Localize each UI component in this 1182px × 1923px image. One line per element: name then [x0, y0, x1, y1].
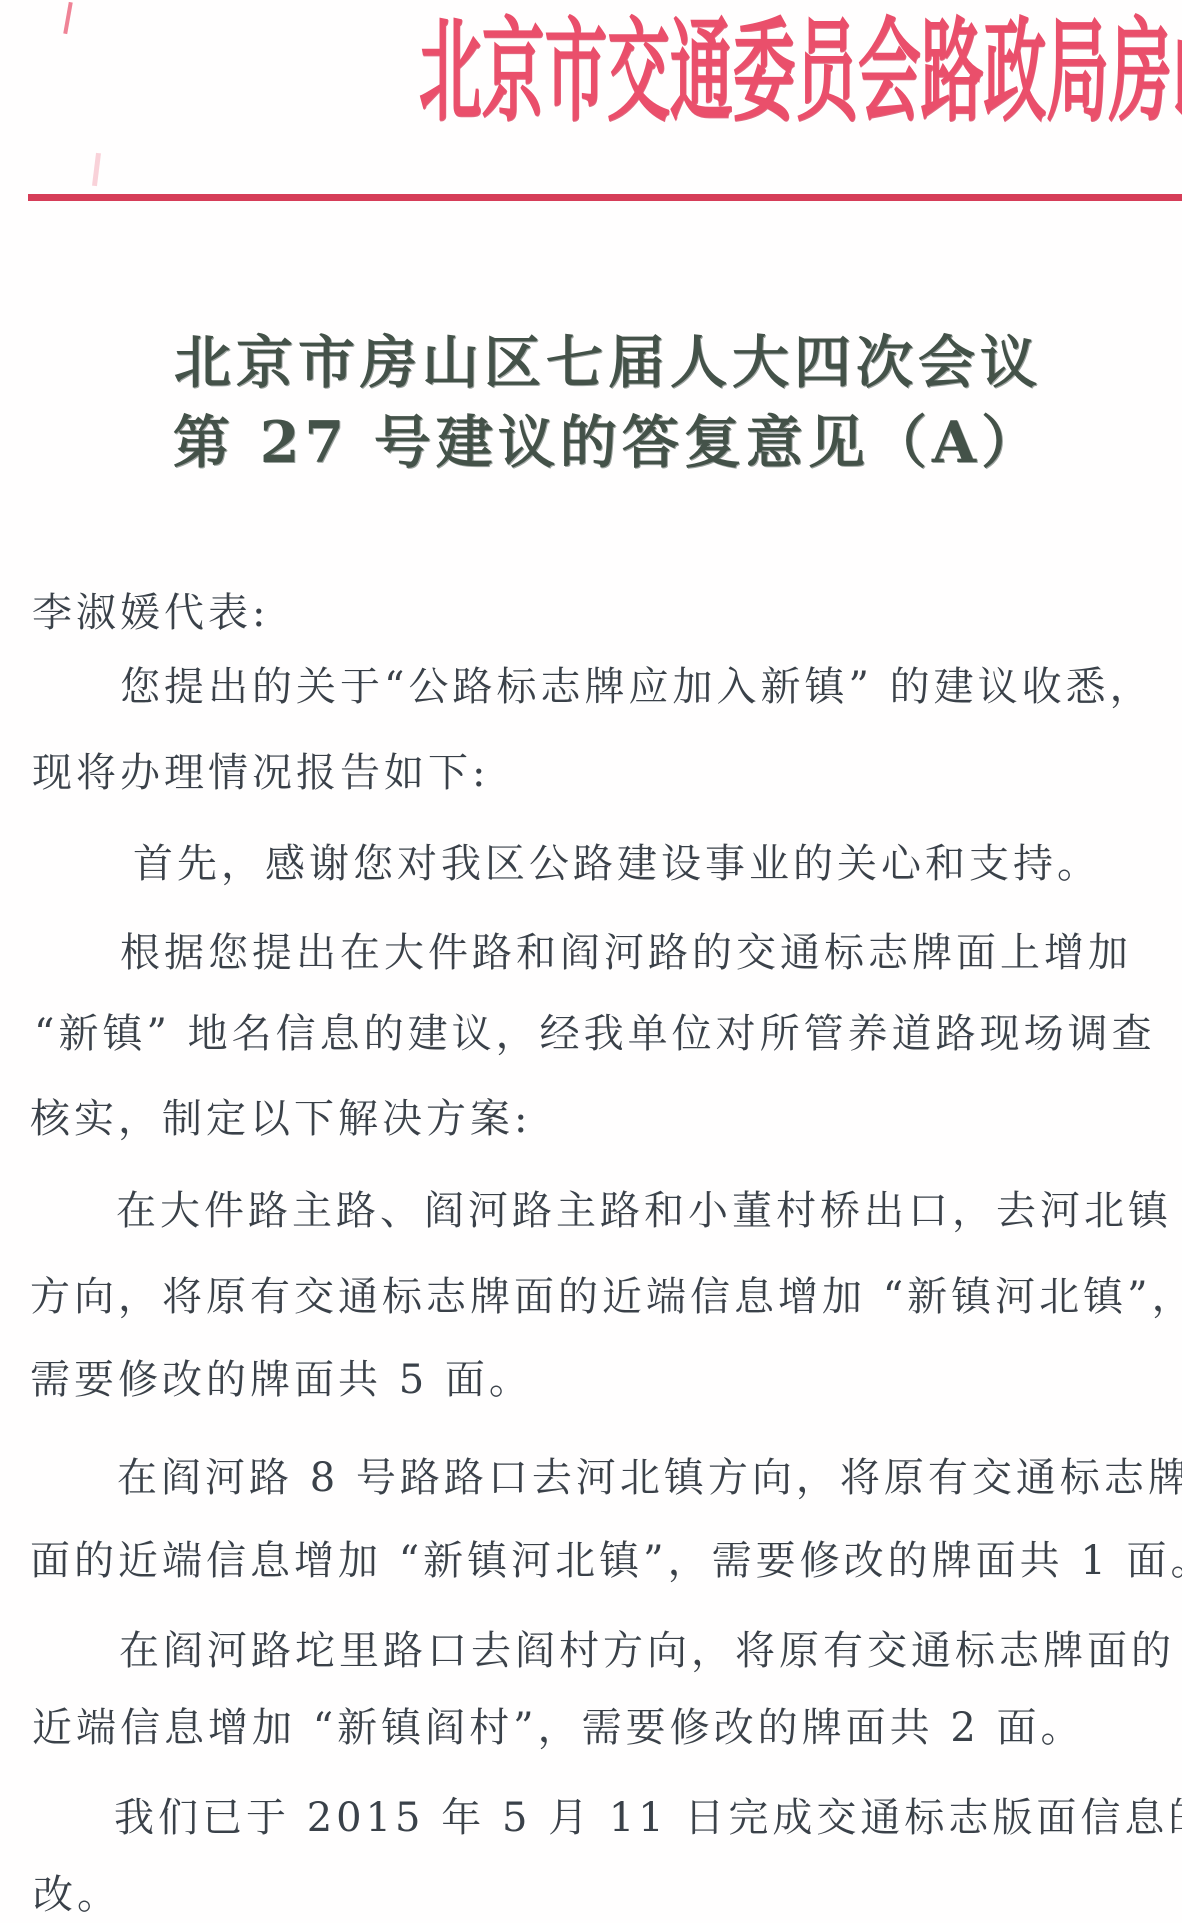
body-line: 在阎河路 8 号路路口去河北镇方向，将原有交通标志牌	[117, 1455, 1182, 1501]
body-line: “新镇” 地名信息的建议，经我单位对所管养道路现场调查	[34, 1011, 1156, 1057]
body-line: 根据您提出在大件路和阎河路的交通标志牌面上增加	[120, 930, 1132, 976]
document-title: 北京市房山区七届人大四次会议 第 27 号建议的答复意见（A）	[0, 323, 1182, 483]
scanned-document-page: 北京市交通委员会路政局房山公路分局 北京市房山区七届人大四次会议 第 27 号建…	[0, 0, 1182, 1923]
body-line: 首先，感谢您对我区公路建设事业的关心和支持。	[133, 841, 1101, 887]
body-line: 改。	[33, 1872, 121, 1918]
letterhead: 北京市交通委员会路政局房山公路分局	[0, 8, 1182, 137]
body-line: 方向，将原有交通标志牌面的近端信息增加 “新镇河北镇”，	[30, 1274, 1182, 1320]
body-line: 我们已于 2015 年 5 月 11 日完成交通标志版面信息的修	[114, 1795, 1182, 1841]
body-line: 面的近端信息增加 “新镇河北镇”，需要修改的牌面共 1 面。	[30, 1538, 1182, 1584]
body-line: 在大件路主路、阎河路主路和小董村桥出口，去河北镇	[116, 1188, 1172, 1234]
letterhead-org-name: 北京市交通委员会路政局房山公路分局	[419, 8, 1182, 137]
salutation: 李淑媛代表:	[32, 590, 269, 636]
body-line: 核实，制定以下解决方案:	[30, 1096, 531, 1142]
body-line: 您提出的关于“公路标志牌应加入新镇” 的建议收悉，	[120, 664, 1154, 710]
body-line: 近端信息增加 “新镇阎村”，需要修改的牌面共 2 面。	[32, 1705, 1085, 1751]
red-separator-rule	[28, 194, 1182, 201]
document-title-line-1: 北京市房山区七届人大四次会议	[34, 323, 1182, 403]
scan-artifact-mark	[92, 153, 101, 186]
body-line: 现将办理情况报告如下:	[32, 750, 489, 796]
document-title-line-2: 第 27 号建议的答复意见（A）	[34, 403, 1182, 483]
body-line: 在阎河路坨里路口去阎村方向，将原有交通标志牌面的	[119, 1628, 1175, 1674]
body-line: 需要修改的牌面共 5 面。	[30, 1357, 533, 1403]
